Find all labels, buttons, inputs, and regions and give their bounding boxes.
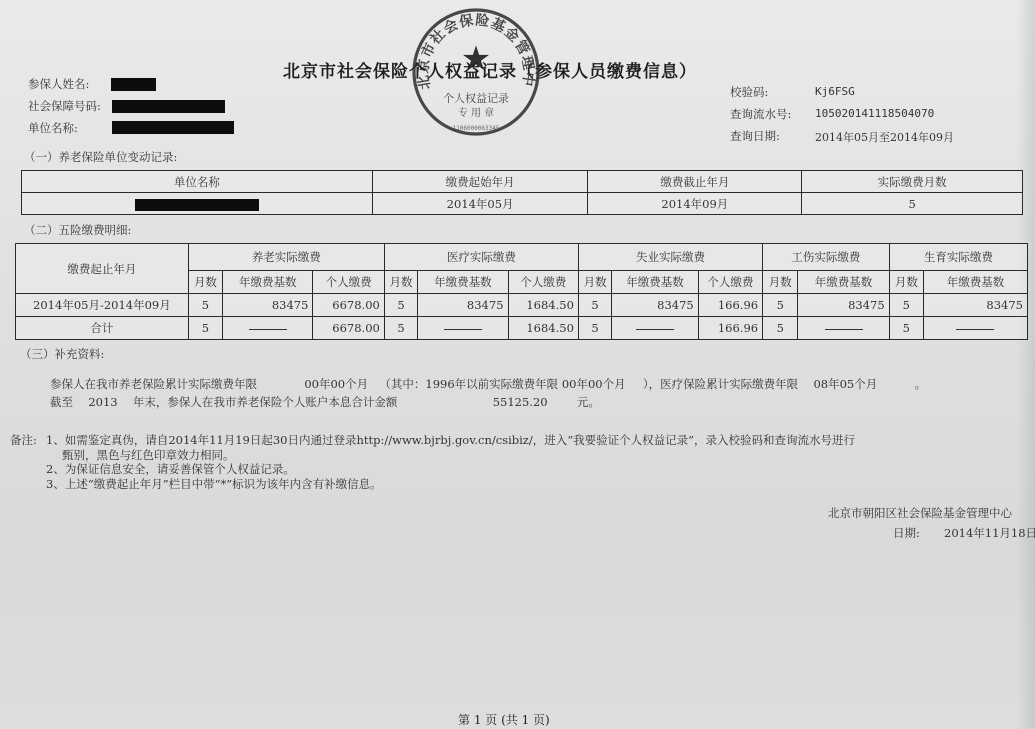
- dash-placeholder: [956, 329, 994, 330]
- maternity-base: [923, 317, 1027, 340]
- unemployment-personal: 166.96: [698, 317, 762, 340]
- five-insurance-table: 缴费起止年月 养老实际缴费 医疗实际缴费 失业实际缴费 工伤实际缴费 生育实际缴…: [15, 243, 1028, 340]
- supplementary-line-1: 参保人在我市养老保险累计实际缴费年限 00年00个月 （其中：1996年以前实际…: [50, 376, 926, 392]
- medical-months: 5: [384, 317, 417, 340]
- notes-label: 备注:: [10, 432, 37, 448]
- sub-header-base: 年缴费基数: [418, 271, 508, 294]
- pension-base: 83475: [223, 294, 313, 317]
- sub-header-base: 年缴费基数: [798, 271, 889, 294]
- table-row: 2014年05月 2014年09月 5: [22, 193, 1023, 215]
- sub-header-base: 年缴费基数: [612, 271, 699, 294]
- as-of-label: 截至: [50, 395, 73, 409]
- svg-text:个人权益记录: 个人权益记录: [443, 91, 509, 105]
- page-number: 第 1 页 (共 1 页): [458, 711, 550, 728]
- pension-months: 5: [188, 317, 222, 340]
- column-header: 缴费起始年月: [372, 171, 588, 193]
- medical-personal: 1684.50: [508, 294, 578, 317]
- insured-name-redacted: [111, 78, 156, 91]
- sub-header-base: 年缴费基数: [923, 271, 1027, 294]
- employer-change-table: 单位名称 缴费起始年月 缴费截止年月 实际缴费月数 2014年05月 2014年…: [21, 170, 1023, 215]
- section2-heading: （二）五险缴费明细:: [24, 222, 131, 238]
- medical-months: 5: [384, 294, 417, 317]
- unemployment-months: 5: [578, 294, 611, 317]
- pre1996-value: 00年00个月: [562, 377, 626, 391]
- sub-header-months: 月数: [763, 271, 798, 294]
- medical-base: [418, 317, 508, 340]
- pension-personal: 6678.00: [313, 294, 384, 317]
- pension-months: 5: [188, 294, 222, 317]
- official-seal-icon: 北京市社会保险基金管理中心 ★ 个人权益记录 专 用 章 11060000633…: [410, 6, 542, 138]
- sub-header-months: 月数: [889, 271, 923, 294]
- group-header-injury: 工伤实际缴费: [763, 244, 890, 271]
- pre1996-label: （其中：1996年以前实际缴费年限: [379, 377, 558, 391]
- total-label: 合计: [16, 317, 189, 340]
- document-page: 北京市社会保险个人权益记录（参保人员缴费信息） 北京市社会保险基金管理中心 ★ …: [0, 0, 1035, 729]
- svg-text:★: ★: [461, 39, 491, 79]
- injury-base: [798, 317, 889, 340]
- sub-header-months: 月数: [578, 271, 611, 294]
- employer-name-redacted: [112, 121, 234, 134]
- maternity-base: 83475: [923, 294, 1027, 317]
- injury-months: 5: [763, 317, 798, 340]
- table-header-row: 单位名称 缴费起始年月 缴费截止年月 实际缴费月数: [22, 171, 1023, 193]
- dash-placeholder: [636, 329, 674, 330]
- insured-name-label: 参保人姓名:: [28, 76, 89, 92]
- employer-name-label: 单位名称:: [28, 120, 78, 136]
- employer-cell: [22, 193, 373, 215]
- unemployment-months: 5: [578, 317, 611, 340]
- query-serial-value: 105020141118504070: [815, 107, 934, 120]
- dash-placeholder: [249, 329, 287, 330]
- employer-redacted: [135, 199, 259, 211]
- unemployment-base: [612, 317, 699, 340]
- end-month-cell: 2014年09月: [588, 193, 802, 215]
- group-header-maternity: 生育实际缴费: [889, 244, 1027, 271]
- as-of-year: 2013: [88, 395, 117, 409]
- injury-base: 83475: [798, 294, 889, 317]
- social-security-number-label: 社会保障号码:: [28, 98, 101, 114]
- section3-heading: （三）补充资料:: [20, 346, 104, 362]
- column-header: 实际缴费月数: [802, 171, 1023, 193]
- issuing-org: 北京市朝阳区社会保险基金管理中心: [828, 505, 1012, 521]
- supplementary-line-2: 截至 2013 年末，参保人在我市养老保险个人账户本息合计金额 55125.20…: [50, 394, 600, 410]
- table-total-row: 合计 5 6678.00 5 1684.50 5 166.96 5 5: [16, 317, 1028, 340]
- issue-date-label: 日期:: [893, 525, 920, 541]
- sub-header-months: 月数: [384, 271, 417, 294]
- pension-base: [223, 317, 313, 340]
- svg-text:专 用 章: 专 用 章: [458, 106, 494, 119]
- table-row: 2014年05月-2014年09月 5 83475 6678.00 5 8347…: [16, 294, 1028, 317]
- social-security-number-redacted: [112, 100, 225, 113]
- note-item-1: 1、如需鉴定真伪，请自2014年11月19日起30日内通过登录http://ww…: [46, 432, 855, 448]
- account-balance-value: 55125.20: [493, 395, 548, 409]
- sub-header-base: 年缴费基数: [223, 271, 313, 294]
- medical-base: 83475: [418, 294, 508, 317]
- unemployment-personal: 166.96: [698, 294, 762, 317]
- note-item-3: 3、上述“缴费起止年月”栏目中带“*”标识为该年内含有补缴信息。: [46, 476, 382, 492]
- unemployment-base: 83475: [612, 294, 699, 317]
- check-code-value: Kj6FSG: [815, 85, 855, 98]
- pension-years-label: 参保人在我市养老保险累计实际缴费年限: [50, 377, 257, 391]
- query-date-value: 2014年05月至2014年09月: [815, 129, 954, 145]
- table-group-header-row: 缴费起止年月 养老实际缴费 医疗实际缴费 失业实际缴费 工伤实际缴费 生育实际缴…: [16, 244, 1028, 271]
- sub-header-personal: 个人缴费: [313, 271, 384, 294]
- sub-header-personal: 个人缴费: [508, 271, 578, 294]
- dash-placeholder: [444, 329, 482, 330]
- months-cell: 5: [802, 193, 1023, 215]
- sub-header-months: 月数: [188, 271, 222, 294]
- account-balance-label: 年末，参保人在我市养老保险个人账户本息合计金额: [133, 395, 398, 409]
- medical-years-label: ），医疗保险累计实际缴费年限: [643, 377, 798, 391]
- dash-placeholder: [825, 329, 863, 330]
- group-header-medical: 医疗实际缴费: [384, 244, 578, 271]
- period-header: 缴费起止年月: [16, 244, 189, 294]
- column-header: 单位名称: [22, 171, 373, 193]
- query-serial-label: 查询流水号:: [730, 106, 791, 122]
- medical-years-value: 08年05个月: [813, 377, 877, 391]
- page-edge-shadow: [1017, 0, 1035, 729]
- period-mark: 。: [915, 377, 927, 391]
- maternity-months: 5: [889, 294, 923, 317]
- injury-months: 5: [763, 294, 798, 317]
- issue-date-value: 2014年11月18日: [944, 525, 1035, 541]
- currency-unit: 元。: [577, 395, 600, 409]
- sub-header-personal: 个人缴费: [698, 271, 762, 294]
- svg-text:1106000063345: 1106000063345: [453, 125, 500, 132]
- section1-heading: （一）养老保险单位变动记录:: [24, 149, 177, 165]
- maternity-months: 5: [889, 317, 923, 340]
- group-header-pension: 养老实际缴费: [188, 244, 384, 271]
- pension-personal: 6678.00: [313, 317, 384, 340]
- note-item-2: 2、为保证信息安全，请妥善保管个人权益记录。: [46, 461, 295, 477]
- query-date-label: 查询日期:: [730, 128, 780, 144]
- pension-years-value: 00年00个月: [304, 377, 368, 391]
- period-cell: 2014年05月-2014年09月: [16, 294, 189, 317]
- group-header-unemployment: 失业实际缴费: [578, 244, 762, 271]
- check-code-label: 校验码:: [730, 84, 768, 100]
- column-header: 缴费截止年月: [588, 171, 802, 193]
- start-month-cell: 2014年05月: [372, 193, 588, 215]
- medical-personal: 1684.50: [508, 317, 578, 340]
